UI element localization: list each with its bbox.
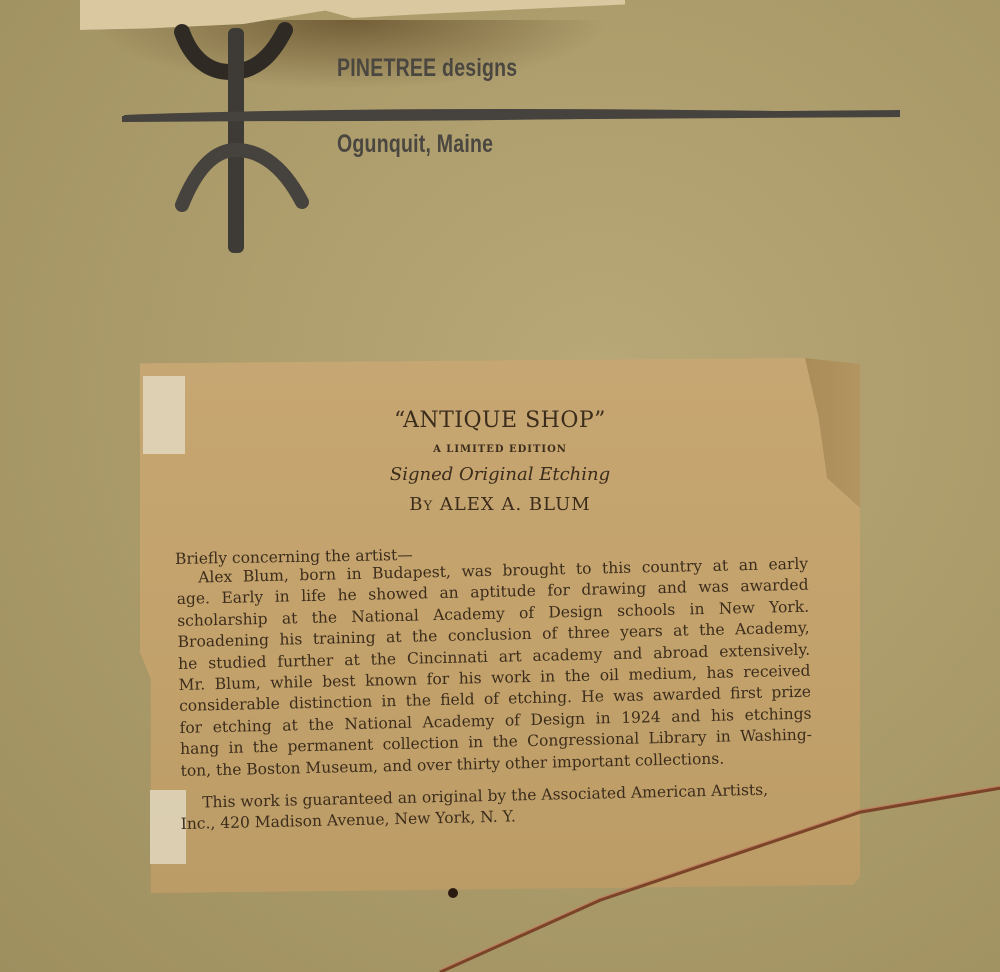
edition-note: A LIMITED EDITION xyxy=(140,444,860,455)
artist-credit: By ALEX A. BLUM xyxy=(140,494,860,515)
artwork-title: “ANTIQUE SHOP” xyxy=(140,408,860,433)
nail-hole xyxy=(448,888,458,898)
medium-note: Signed Original Etching xyxy=(140,464,860,485)
artist-biography: Alex Blum, born in Budapest, was brought… xyxy=(176,554,813,782)
author-name: ALEX A. BLUM xyxy=(440,494,591,515)
brand-location: Ogunquit, Maine xyxy=(337,130,493,159)
brand-name: PINETREE designs xyxy=(337,54,517,83)
author-prefix: By xyxy=(409,494,433,515)
